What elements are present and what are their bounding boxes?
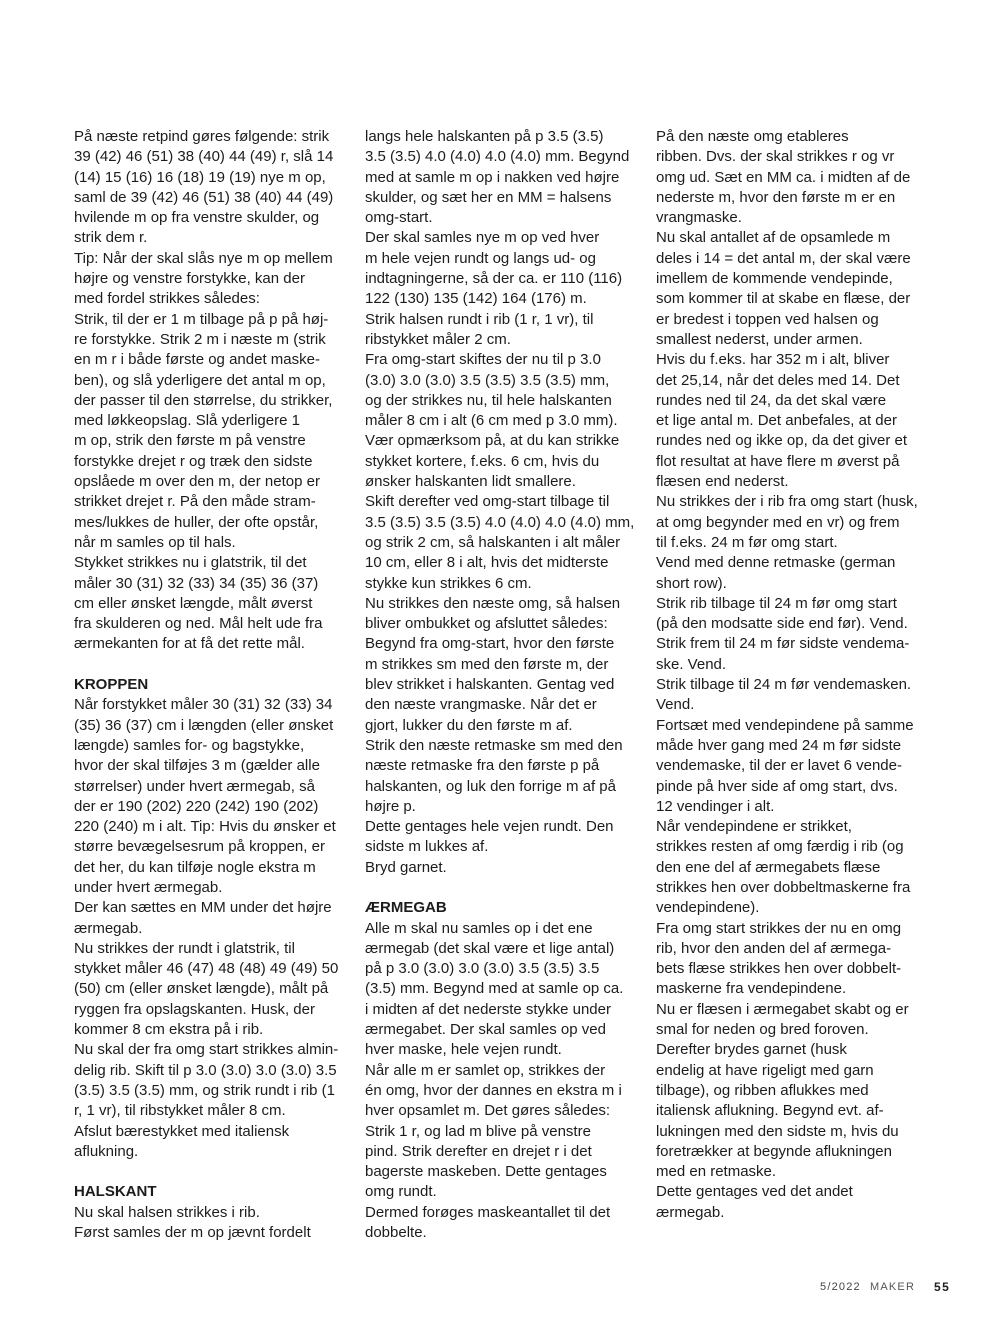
body-text-line: hvor der skal tilføjes 3 m (gælder alle — [74, 756, 359, 776]
section-heading: KROPPEN — [74, 675, 359, 695]
body-text-line: hver maske, hele vejen rundt. — [365, 1040, 650, 1060]
body-text-line: omg rundt. — [365, 1182, 650, 1202]
body-text-line: delig rib. Skift til p 3.0 (3.0) 3.0 (3.… — [74, 1061, 359, 1081]
body-text-line: med en retmaske. — [656, 1162, 941, 1182]
body-text-line: langs hele halskanten på p 3.5 (3.5) — [365, 127, 650, 147]
body-text-line: ribstykket måler 2 cm. — [365, 330, 650, 350]
body-text-line: der passer til den størrelse, du strikke… — [74, 391, 359, 411]
body-text-line: lukningen med den sidste m, hvis du — [656, 1122, 941, 1142]
body-text-line: ribben. Dvs. der skal strikkes r og vr — [656, 147, 941, 167]
page-number: 55 — [934, 1280, 950, 1294]
body-text-line: Først samles der m op jævnt fordelt — [74, 1223, 359, 1243]
body-text-line: foretrækker at begynde aflukningen — [656, 1142, 941, 1162]
body-text-line: italiensk aflukning. Begynd evt. af- — [656, 1101, 941, 1121]
body-text-line: Nu strikkes den næste omg, så halsen — [365, 594, 650, 614]
body-text-line: (på den modsatte side end før). Vend. — [656, 614, 941, 634]
body-text-line: Nu strikkes der i rib fra omg start (hus… — [656, 492, 941, 512]
body-text-line: På den næste omg etableres — [656, 127, 941, 147]
body-text-line: rundes ned og ikke op, da det giver et — [656, 431, 941, 451]
body-text-line: på p 3.0 (3.0) 3.0 (3.0) 3.5 (3.5) 3.5 — [365, 959, 650, 979]
body-text-line: 10 cm, eller 8 i alt, hvis det midterste — [365, 553, 650, 573]
body-text-line: rundes ned til 24, da det skal være — [656, 391, 941, 411]
body-text-line: (14) 15 (16) 16 (18) 19 (19) nye m op, — [74, 168, 359, 188]
body-text-line: ærmegab. — [656, 1203, 941, 1223]
body-text-line: Stykket strikkes nu i glatstrik, til det — [74, 553, 359, 573]
body-text-line: dobbelte. — [365, 1223, 650, 1243]
body-text-line: Bryd garnet. — [365, 858, 650, 878]
body-text-line: hvilende m op fra venstre skulder, og — [74, 208, 359, 228]
body-text-line: Strik, til der er 1 m tilbage på p på hø… — [74, 310, 359, 330]
column-right: På den næste omg etableresribben. Dvs. d… — [656, 127, 941, 1223]
body-text-line: stykke kun strikkes 6 cm. — [365, 574, 650, 594]
body-text-line: Skift derefter ved omg-start tilbage til — [365, 492, 650, 512]
body-text-line: strikket drejet r. På den måde stram- — [74, 492, 359, 512]
body-text-line: det her, du kan tilføje nogle ekstra m — [74, 858, 359, 878]
body-text-line: gjort, lukker du den første m af. — [365, 716, 650, 736]
body-text-line: m strikkes sm med den første m, der — [365, 655, 650, 675]
body-text-line: Strik 1 r, og lad m blive på venstre — [365, 1122, 650, 1142]
body-text-line: På næste retpind gøres følgende: strik — [74, 127, 359, 147]
body-text-line: den ene del af ærmegabets flæse — [656, 858, 941, 878]
body-text-line: Strik rib tilbage til 24 m før omg start — [656, 594, 941, 614]
body-text-line: bagerste maskeben. Dette gentages — [365, 1162, 650, 1182]
column-middle: langs hele halskanten på p 3.5 (3.5)3.5 … — [365, 127, 650, 1243]
body-text-line: er bredest i toppen ved halsen og — [656, 310, 941, 330]
body-text-line: 12 vendinger i alt. — [656, 797, 941, 817]
body-text-line: vendepindene). — [656, 898, 941, 918]
body-text-line: måde hver gang med 24 m før sidste — [656, 736, 941, 756]
body-text-line: 39 (42) 46 (51) 38 (40) 44 (49) r, slå 1… — [74, 147, 359, 167]
body-text-line: ærmekanten for at få det rette mål. — [74, 634, 359, 654]
body-text-line: endelig at have rigeligt med garn — [656, 1061, 941, 1081]
body-text-line: hver opsamlet m. Det gøres således: — [365, 1101, 650, 1121]
body-text-line: 220 (240) m i alt. Tip: Hvis du ønsker e… — [74, 817, 359, 837]
body-text-line: Når vendepindene er strikket, — [656, 817, 941, 837]
body-text-line: ønsker halskanten lidt smallere. — [365, 472, 650, 492]
body-text-line: aflukning. — [74, 1142, 359, 1162]
body-text-line: Strik den næste retmaske sm med den — [365, 736, 650, 756]
body-text-line: med at samle m op i nakken ved højre — [365, 168, 650, 188]
body-text-line: Strik frem til 24 m før sidste vendema- — [656, 634, 941, 654]
body-text-line: 3.5 (3.5) 3.5 (3.5) 4.0 (4.0) 4.0 (4.0) … — [365, 513, 650, 533]
body-text-line: pinde på hver side af omg start, dvs. — [656, 777, 941, 797]
body-text-line: når m samles op til hals. — [74, 533, 359, 553]
body-text-line: deles i 14 = det antal m, der skal være — [656, 249, 941, 269]
body-text-line: Nu skal halsen strikkes i rib. — [74, 1203, 359, 1223]
body-text-line: det 25,14, når det deles med 14. Det — [656, 371, 941, 391]
body-text-line: den næste vrangmaske. Når det er — [365, 695, 650, 715]
body-text-line: (3.0) 3.0 (3.0) 3.5 (3.5) 3.5 (3.5) mm, — [365, 371, 650, 391]
body-text-line: bets flæse strikkes hen over dobbelt- — [656, 959, 941, 979]
body-text-line: som kommer til at skabe en flæse, der — [656, 289, 941, 309]
body-text-line: ærmegab. — [74, 919, 359, 939]
body-text-line: Alle m skal nu samles op i det ene — [365, 919, 650, 939]
body-text-line: med fordel strikkes således: — [74, 289, 359, 309]
body-text-line: stykket måler 46 (47) 48 (48) 49 (49) 50 — [74, 959, 359, 979]
body-text-line: og strik 2 cm, så halskanten i alt måler — [365, 533, 650, 553]
body-text-line: forstykke drejet r og træk den sidste — [74, 452, 359, 472]
section-spacer — [74, 1162, 359, 1182]
body-text-line: Der skal samles nye m op ved hver — [365, 228, 650, 248]
section-heading: HALSKANT — [74, 1182, 359, 1202]
body-text-line: ærmegabet. Der skal samles op ved — [365, 1020, 650, 1040]
body-text-line: strikkes resten af omg færdig i rib (og — [656, 837, 941, 857]
body-text-line: ryggen fra opslagskanten. Husk, der — [74, 1000, 359, 1020]
body-text-line: smal for neden og bred foroven. — [656, 1020, 941, 1040]
body-text-line: omg ud. Sæt en MM ca. i midten af de — [656, 168, 941, 188]
body-text-line: længde) samles for- og bagstykke, — [74, 736, 359, 756]
body-text-line: højre p. — [365, 797, 650, 817]
body-text-line: (3.5) 3.5 (3.5) mm, og strik rundt i rib… — [74, 1081, 359, 1101]
body-text-line: (50) cm (eller ønsket længde), målt på — [74, 979, 359, 999]
body-text-line: Dette gentages ved det andet — [656, 1182, 941, 1202]
body-text-line: Vær opmærksom på, at du kan strikke — [365, 431, 650, 451]
body-text-line: Strik tilbage til 24 m før vendemasken. — [656, 675, 941, 695]
issue-label: 5/2022 — [820, 1281, 861, 1293]
body-text-line: Dermed forøges maskeantallet til det — [365, 1203, 650, 1223]
body-text-line: opslåede m over den m, der netop er — [74, 472, 359, 492]
body-text-line: størrelser) under hvert ærmegab, så — [74, 777, 359, 797]
body-text-line: under hvert ærmegab. — [74, 878, 359, 898]
body-text-line: Derefter brydes garnet (husk — [656, 1040, 941, 1060]
body-text-line: imellem de kommende vendepinde, — [656, 269, 941, 289]
body-text-line: kommer 8 cm ekstra på i rib. — [74, 1020, 359, 1040]
body-text-line: til f.eks. 24 m før omg start. — [656, 533, 941, 553]
section-heading: ÆRMEGAB — [365, 898, 650, 918]
magazine-name: MAKER — [870, 1281, 915, 1293]
body-text-line: Strik halsen rundt i rib (1 r, 1 vr), ti… — [365, 310, 650, 330]
body-text-line: omg-start. — [365, 208, 650, 228]
body-text-line: én omg, hvor der dannes en ekstra m i — [365, 1081, 650, 1101]
body-text-line: Der kan sættes en MM under det højre — [74, 898, 359, 918]
body-text-line: Vend. — [656, 695, 941, 715]
body-text-line: pind. Strik derefter en drejet r i det — [365, 1142, 650, 1162]
body-text-line: Når alle m er samlet op, strikkes der — [365, 1061, 650, 1081]
body-text-line: Afslut bærestykket med italiensk — [74, 1122, 359, 1142]
body-text-line: 3.5 (3.5) 4.0 (4.0) 4.0 (4.0) mm. Begynd — [365, 147, 650, 167]
section-spacer — [365, 878, 650, 898]
body-text-line: i midten af det nederste stykke under — [365, 1000, 650, 1020]
body-text-line: at omg begynder med en vr) og frem — [656, 513, 941, 533]
body-text-line: mes/lukkes de huller, der ofte opstår, — [74, 513, 359, 533]
body-text-line: short row). — [656, 574, 941, 594]
body-text-line: Fra omg-start skiftes der nu til p 3.0 — [365, 350, 650, 370]
column-left: På næste retpind gøres følgende: strik39… — [74, 127, 359, 1243]
body-text-line: maskerne fra vendepindene. — [656, 979, 941, 999]
body-text-line: vendemaske, til der er lavet 6 vende- — [656, 756, 941, 776]
body-text-line: (35) 36 (37) cm i længden (eller ønsket — [74, 716, 359, 736]
body-text-line: Fra omg start strikkes der nu en omg — [656, 919, 941, 939]
body-text-line: r, 1 vr), til ribstykket måler 8 cm. — [74, 1101, 359, 1121]
body-text-line: et lige antal m. Det anbefales, at der — [656, 411, 941, 431]
body-text-line: bliver ombukket og afsluttet således: — [365, 614, 650, 634]
body-text-line: stykket kortere, f.eks. 6 cm, hvis du — [365, 452, 650, 472]
body-text-line: Hvis du f.eks. har 352 m i alt, bliver — [656, 350, 941, 370]
body-text-line: sidste m lukkes af. — [365, 837, 650, 857]
body-text-line: smallest nederst, under armen. — [656, 330, 941, 350]
body-text-line: indtagningerne, så der ca. er 110 (116) — [365, 269, 650, 289]
body-text-line: re forstykke. Strik 2 m i næste m (strik — [74, 330, 359, 350]
body-text-line: ben), og slå yderligere det antal m op, — [74, 371, 359, 391]
body-text-line: flæsen end nederst. — [656, 472, 941, 492]
body-text-line: Dette gentages hele vejen rundt. Den — [365, 817, 650, 837]
body-text-line: en m r i både første og andet maske- — [74, 350, 359, 370]
body-text-line: Nu skal antallet af de opsamlede m — [656, 228, 941, 248]
body-text-line: saml de 39 (42) 46 (51) 38 (40) 44 (49) — [74, 188, 359, 208]
body-text-line: m hele vejen rundt og langs ud- og — [365, 249, 650, 269]
body-text-line: Vend med denne retmaske (german — [656, 553, 941, 573]
body-text-line: Nu er flæsen i ærmegabet skabt og er — [656, 1000, 941, 1020]
body-text-line: måler 30 (31) 32 (33) 34 (35) 36 (37) — [74, 574, 359, 594]
body-text-line: m op, strik den første m på venstre — [74, 431, 359, 451]
body-text-line: skulder, og sæt her en MM = halsens — [365, 188, 650, 208]
body-text-line: med løkkeopslag. Slå yderligere 1 — [74, 411, 359, 431]
body-text-line: Fortsæt med vendepindene på samme — [656, 716, 941, 736]
body-text-line: måler 8 cm i alt (6 cm med p 3.0 mm). — [365, 411, 650, 431]
body-text-line: Når forstykket måler 30 (31) 32 (33) 34 — [74, 695, 359, 715]
body-text-line: Nu strikkes der rundt i glatstrik, til — [74, 939, 359, 959]
body-text-line: Tip: Når der skal slås nye m op mellem — [74, 249, 359, 269]
body-text-line: der er 190 (202) 220 (242) 190 (202) — [74, 797, 359, 817]
body-text-line: ske. Vend. — [656, 655, 941, 675]
body-text-line: ærmegab (det skal være et lige antal) — [365, 939, 650, 959]
body-text-line: tilbage), og ribben aflukkes med — [656, 1081, 941, 1101]
body-text-line: halskanten, og luk den forrige m af på — [365, 777, 650, 797]
body-text-line: strikkes hen over dobbeltmaskerne fra — [656, 878, 941, 898]
body-text-line: blev strikket i halskanten. Gentag ved — [365, 675, 650, 695]
body-text-line: større bevægelsesrum på kroppen, er — [74, 837, 359, 857]
body-text-line: rib, hvor den anden del af ærmega- — [656, 939, 941, 959]
body-text-line: cm eller ønsket længde, målt øverst — [74, 594, 359, 614]
body-text-line: strik dem r. — [74, 228, 359, 248]
body-text-line: og der strikkes nu, til hele halskanten — [365, 391, 650, 411]
body-text-line: 122 (130) 135 (142) 164 (176) m. — [365, 289, 650, 309]
section-spacer — [74, 655, 359, 675]
body-text-line: vrangmaske. — [656, 208, 941, 228]
body-text-line: næste retmaske fra den første p på — [365, 756, 650, 776]
body-text-line: højre og venstre forstykke, kan der — [74, 269, 359, 289]
body-text-line: (3.5) mm. Begynd med at samle op ca. — [365, 979, 650, 999]
body-text-line: Nu skal der fra omg start strikkes almin… — [74, 1040, 359, 1060]
body-text-line: nederste m, hvor den første m er en — [656, 188, 941, 208]
body-text-line: Begynd fra omg-start, hvor den første — [365, 634, 650, 654]
body-text-line: fra skulderen og ned. Mål helt ude fra — [74, 614, 359, 634]
body-text-line: flot resultat at have flere m øverst på — [656, 452, 941, 472]
